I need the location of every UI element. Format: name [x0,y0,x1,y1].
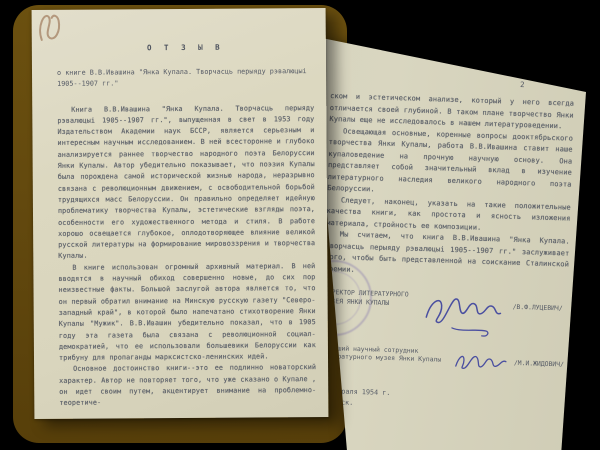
signature-block-director: Директор Литературного музея Янки Купалы… [323,288,568,342]
page-one-content: О Т З Ы В о книге В.В.Ивашина "Янка Купа… [57,42,317,409]
page-one-paper: О Т З Ы В о книге В.В.Ивашина "Янка Купа… [32,8,329,419]
page-two-content: 2 ском и эстетическом анализе, который у… [320,70,574,415]
autograph-signature-icon [422,291,509,340]
typed-signatory-name: /М.И.ЖИДОВИЧ/ [514,358,564,368]
autograph-signature-icon [451,347,510,377]
date-place-block: 2 февраля 1954 г. г.Минск. [320,386,565,416]
body-paragraph: В книге использован огромный архивный ма… [58,261,316,364]
page-number: 2 [331,74,575,91]
document-title: О Т З Ы В [57,42,314,53]
body-paragraph: Книга В.В.Ивашина "Янка Купала. Творчасц… [57,103,315,263]
scanned-document-photo: 2 ском и эстетическом анализе, который у… [0,0,600,450]
typed-signatory-name: /В.Ф.ЛУЦЕВИЧ/ [513,303,563,313]
body-paragraph: Основное достоинство книги--это ее подли… [59,362,316,409]
signature-block-researcher: Старший научный сотрудник Литературного … [322,343,567,379]
body-paragraph: Освещающая основные, коренные вопросы до… [327,125,573,202]
book-reference: о книге В.В.Ивашина "Янка Купала. Творча… [57,66,314,89]
signature-role: Старший научный сотрудник Литературного … [322,343,448,364]
signature-role: Директор Литературного музея Янки Купалы [324,288,419,308]
page-two-body: ском и эстетическом анализе, который у н… [325,91,575,283]
body-paragraph: Мы считаем, что книга В.В.Ивашина "Янка … [325,229,570,283]
page-one-body: Книга В.В.Ивашина "Янка Купала. Творчасц… [57,103,316,410]
